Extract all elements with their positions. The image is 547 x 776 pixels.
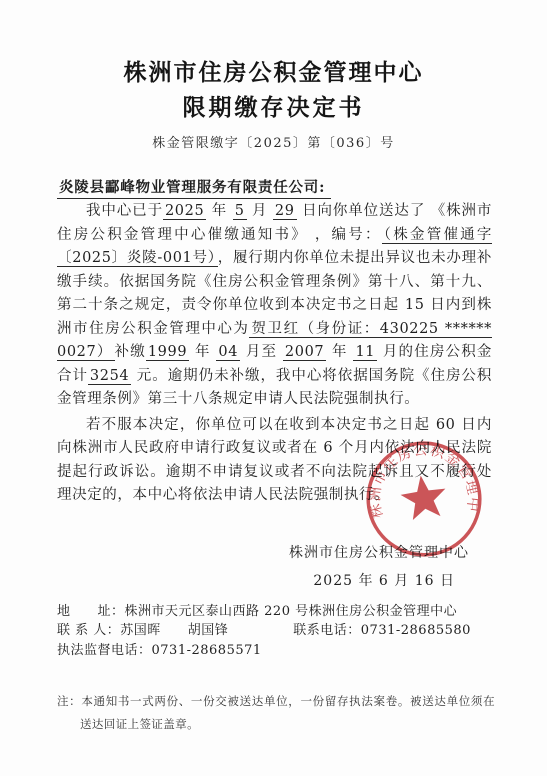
supervision-value: 0731-28685571 — [152, 641, 262, 661]
document-title-line2: 限期缴存决定书 — [0, 89, 547, 122]
filled-blank: 3254 — [88, 368, 131, 385]
footnote: 注：本通知书一式两份、一份交被送达单位，一份留存执法案卷。被送达单位须在送达回证… — [57, 690, 495, 736]
address-row: 地 址： 株洲市天元区泰山西路 220 号株洲住房公积金管理中心 — [57, 602, 507, 622]
addressee-line: 炎陵县酃峰物业管理服务有限责任公司: — [57, 176, 492, 197]
body-text: 年 — [189, 344, 216, 360]
address-value: 株洲市天元区泰山西路 220 号株洲住房公积金管理中心 — [125, 602, 458, 622]
contact-label: 联 系 人： — [57, 621, 120, 641]
filled-blank: 11 — [353, 344, 377, 361]
body-paragraph: 我中心已于2025 年 5 月 29 日向你单位送达了 《株洲市住房公积金管理中… — [57, 200, 492, 412]
contact-row: 联 系 人： 苏国晖 胡国锋 联系电话： 0731-28685580 — [57, 621, 507, 641]
body-paragraph: 若不服本决定，你单位可以在收到本决定书之日起 60 日内向株洲市人民政府申请行政… — [57, 414, 492, 508]
body-text: 若不服本决定，你单位可以在收到本决定书之日起 60 日内向株洲市人民政府申请行政… — [57, 417, 492, 504]
filled-blank: 04 — [216, 344, 240, 361]
supervision-label: 执法监督电话： — [57, 641, 152, 661]
body-paragraphs: 我中心已于2025 年 5 月 29 日向你单位送达了 《株洲市住房公积金管理中… — [57, 200, 492, 508]
contact-names: 苏国晖 胡国锋 — [120, 621, 293, 641]
body-text: 月至 — [240, 344, 283, 360]
filled-blank: 5 — [233, 203, 247, 220]
body-text: 月 — [247, 203, 273, 219]
signature-date: 2025 年 6 月 16 日 — [0, 570, 455, 590]
phone-value: 0731-28685580 — [361, 621, 471, 641]
body-text: 年 — [206, 203, 232, 219]
body-text: 我中心已于 — [86, 203, 163, 219]
body-text: 年 — [326, 344, 353, 360]
addressee: 炎陵县酃峰物业管理服务有限责任公司: — [57, 179, 331, 199]
document-number: 株金管限缴字〔2025〕第〔036〕号 — [0, 132, 547, 151]
body-text: 补缴 — [115, 344, 146, 360]
filled-blank: 29 — [273, 203, 297, 220]
filled-blank: 2025 — [163, 203, 206, 220]
address-label: 地 址： — [57, 602, 125, 622]
document-title-line1: 株洲市住房公积金管理中心 — [0, 0, 547, 87]
phone-label: 联系电话： — [293, 621, 361, 641]
document-page: 株洲市住房公积金管理中心 限期缴存决定书 株金管限缴字〔2025〕第〔036〕号… — [0, 0, 547, 776]
filled-blank: 2007 — [283, 344, 326, 361]
document-body: 炎陵县酃峰物业管理服务有限责任公司: 我中心已于2025 年 5 月 29 日向… — [57, 176, 492, 508]
signature-org: 株洲市住房公积金管理中心 — [0, 542, 469, 562]
supervision-row: 执法监督电话： 0731-28685571 — [57, 641, 507, 661]
contact-footer: 地 址： 株洲市天元区泰山西路 220 号株洲住房公积金管理中心 联 系 人： … — [57, 602, 507, 661]
filled-blank: 1999 — [146, 344, 189, 361]
